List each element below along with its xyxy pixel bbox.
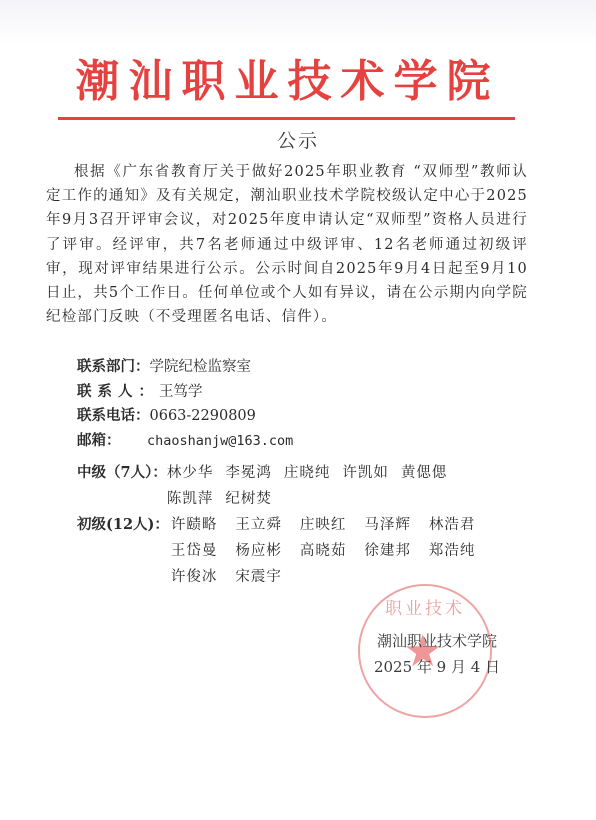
list-item: 王立舜: [235, 512, 282, 538]
result-lists: 中级（7人）： 林少华 李冕鸿 庄晓纯 许凯如 黄偲偲 陈凯萍 纪树焚 初级(1…: [77, 460, 537, 590]
list-item: 徐建邦: [364, 538, 411, 564]
contact-person: 联系人：王笃学: [77, 380, 293, 405]
list-item: 郑浩纯: [429, 538, 476, 564]
list-item: 宋震宇: [235, 564, 282, 590]
contact-email: 邮箱：chaoshanjw@163.com: [77, 429, 293, 454]
contact-value: 王笃学: [159, 384, 203, 400]
list-item: 许赜略: [171, 512, 218, 538]
scan-top-band: [0, 0, 596, 45]
list-item: 杨应彬: [235, 538, 282, 564]
email-link[interactable]: chaoshanjw@163.com: [147, 433, 293, 449]
list-item: 林浩君: [429, 512, 476, 538]
contact-label: 联系部门：: [77, 355, 150, 380]
intermediate-group: 中级（7人）： 林少华 李冕鸿 庄晓纯 许凯如 黄偲偲 陈凯萍 纪树焚: [77, 460, 537, 512]
list-item: 李冕鸿: [225, 460, 272, 486]
list-item: 庄晓纯: [284, 460, 331, 486]
list-item: 高晓茹: [300, 538, 347, 564]
document-type-title: 公示: [0, 126, 596, 153]
header-divider: [58, 117, 515, 120]
seal-text: 职业技术: [360, 594, 490, 619]
contact-phone: 联系电话：0663-2290809: [77, 404, 293, 429]
contact-label: 联系电话：: [77, 404, 150, 429]
name-list: 林少华 李冕鸿 庄晓纯 许凯如 黄偲偲 陈凯萍 纪树焚: [167, 460, 497, 512]
name-list: 许赜略 王立舜 庄映红 马泽辉 林浩君 王岱曼 杨应彬 高晓茹 徐建邦 郑浩纯 …: [169, 512, 537, 590]
contact-label: 联系人：: [77, 380, 159, 405]
contact-department: 联系部门：学院纪检监察室: [77, 355, 293, 380]
list-item: 许俊冰: [171, 564, 218, 590]
list-item: 庄映红: [300, 512, 347, 538]
list-item: 黄偲偲: [401, 460, 448, 486]
contact-info: 联系部门：学院纪检监察室 联系人：王笃学 联系电话：0663-2290809 邮…: [77, 355, 293, 453]
contact-label: 邮箱：: [77, 429, 147, 454]
signature-org: 潮汕职业技术学院: [362, 628, 512, 654]
group-label: 中级（7人）：: [77, 460, 167, 512]
list-item: 林少华: [167, 460, 214, 486]
announcement-paragraph: 根据《广东省教育厅关于做好2025年职业教育 “双师型”教师认定工作的通知》及有…: [46, 160, 528, 329]
list-item: 王岱曼: [171, 538, 218, 564]
contact-value: 学院纪检监察室: [150, 359, 252, 375]
list-item: 纪树焚: [225, 486, 272, 512]
list-item: 马泽辉: [364, 512, 411, 538]
list-item: 许凯如: [342, 460, 389, 486]
junior-group: 初级(12人)： 许赜略 王立舜 庄映红 马泽辉 林浩君 王岱曼 杨应彬 高晓茹…: [77, 512, 537, 590]
list-item: 陈凯萍: [167, 486, 214, 512]
contact-value: 0663-2290809: [150, 408, 256, 424]
signature-date: 2025 年 9 月 4 日: [362, 654, 512, 680]
institution-title: 潮汕职业技术学院: [60, 52, 515, 112]
group-label: 初级(12人)：: [77, 512, 169, 590]
signature-block: 潮汕职业技术学院 2025 年 9 月 4 日: [362, 628, 512, 680]
